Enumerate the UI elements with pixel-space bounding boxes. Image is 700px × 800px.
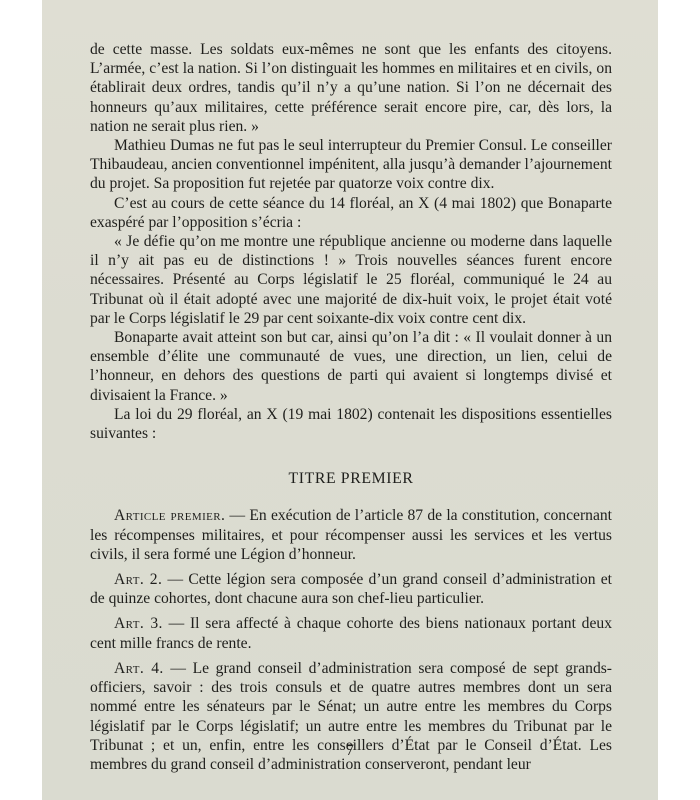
page-body: de cette masse. Les soldats eux-mêmes ne…: [90, 40, 612, 780]
article-text: — Cette légion sera composée d’un grand …: [90, 571, 612, 607]
paragraph-bonaparte-quote: « Je défie qu’on me montre une républiqu…: [90, 232, 612, 328]
article-label: Art. 2.: [114, 571, 162, 588]
article-label: Art. 3.: [114, 615, 163, 632]
section-title: TITRE PREMIER: [90, 469, 612, 488]
article-label: Article premier.: [114, 507, 225, 524]
article-text: — Il sera affecté à chaque cohorte des b…: [90, 615, 612, 651]
paragraph-continuation: de cette masse. Les soldats eux-mêmes ne…: [90, 40, 612, 136]
paragraph-dumas-thibaudeau: Mathieu Dumas ne fut pas le seul interru…: [90, 136, 612, 194]
article-3: Art. 3. — Il sera affecté à chaque cohor…: [90, 614, 612, 652]
article-2: Art. 2. — Cette légion sera composée d’u…: [90, 570, 612, 608]
book-page: de cette masse. Les soldats eux-mêmes ne…: [42, 0, 658, 800]
article-premier: Article premier. — En exécution de l’art…: [90, 506, 612, 564]
page-number: 7: [42, 742, 658, 760]
paragraph-seance-14-floreal: C’est au cours de cette séance du 14 flo…: [90, 194, 612, 232]
paragraph-bonaparte-but: Bonaparte avait atteint son but car, ain…: [90, 328, 612, 405]
paragraph-loi-29-floreal: La loi du 29 floréal, an X (19 mai 1802)…: [90, 405, 612, 443]
article-label: Art. 4.: [114, 660, 164, 677]
